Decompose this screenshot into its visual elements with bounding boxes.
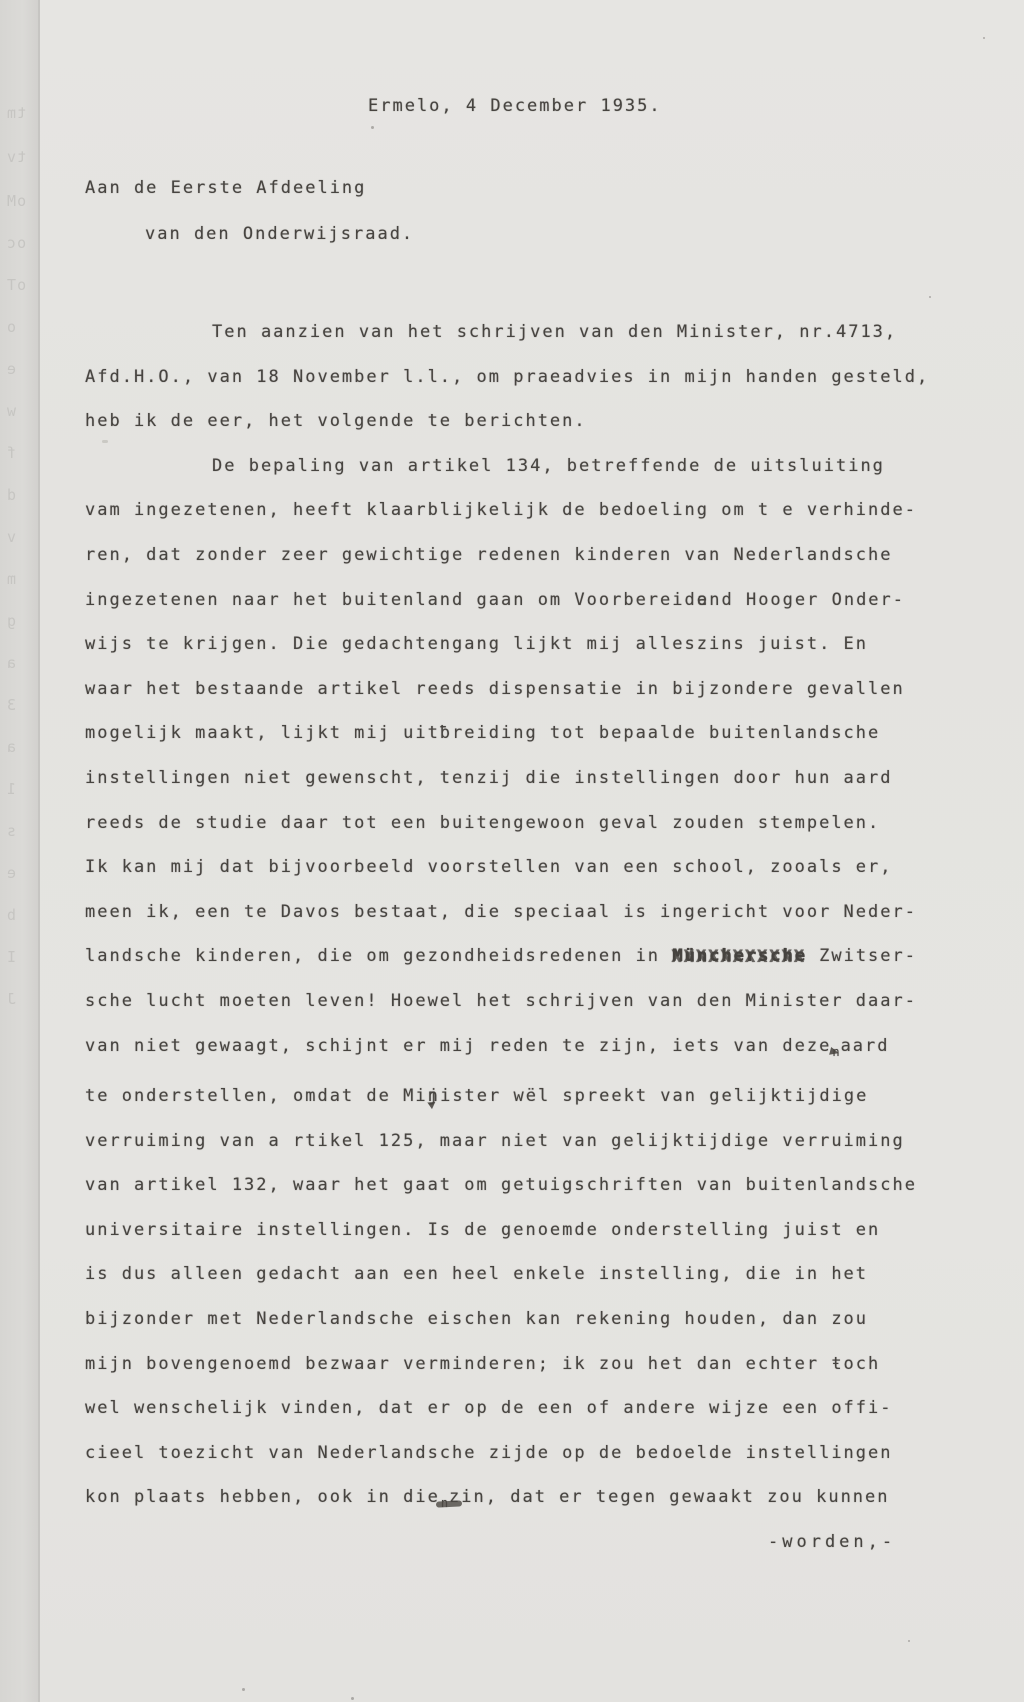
catchword: -worden,- bbox=[768, 1532, 896, 1552]
line-text: te onderstellen, omdat de Mi bbox=[85, 1086, 428, 1106]
addressee-line-2: van den Onderwijsraad. bbox=[145, 224, 414, 244]
line-text: Ik kan mij dat bijvoorbeeld voorstellen … bbox=[85, 857, 893, 877]
line-text: vam ingezetenen, heeft klaarblijkelijk d… bbox=[85, 500, 917, 520]
line-text: landsche kinderen, die om gezondheidsred… bbox=[85, 946, 672, 966]
line-text: heb ik de eer, het volgende te berichten… bbox=[85, 411, 587, 431]
line-text: van artikel 132, waar het gaat om getuig… bbox=[85, 1175, 917, 1195]
letter-line: meen ik, een te Davos bestaat, die speci… bbox=[85, 890, 965, 935]
overtype-correction: nj bbox=[428, 1074, 441, 1119]
struck-out-word: MüncherscheXXXXXXXXXXX bbox=[672, 934, 807, 979]
overstrike-xs: XXXXXXXXXXX bbox=[671, 935, 806, 980]
line-text: wijs te krijgen. Die gedachtengang lijkt… bbox=[85, 634, 868, 654]
handwritten-insertion: n bbox=[440, 1475, 449, 1526]
letter-line: instellingen niet gewenscht, tenzij die … bbox=[85, 756, 965, 801]
letter-line: De bepaling van artikel 134, betreffende… bbox=[85, 444, 965, 489]
letter-line: van niet gewaagt, schijnt er mij reden t… bbox=[85, 1024, 965, 1075]
line-text: mijn bovengenoemd bezwaar verminderen; i… bbox=[85, 1354, 880, 1374]
ink-dot bbox=[371, 126, 374, 129]
letter-line: vam ingezetenen, heeft klaarblijkelijk d… bbox=[85, 488, 965, 533]
scanned-letter-page: tmtvoMocoToewfdvmga3a1sebIJ Ermelo, 4 De… bbox=[0, 0, 1024, 1702]
letter-line: ren, dat zonder zeer gewichtige redenen … bbox=[85, 533, 965, 578]
letter-line: te onderstellen, omdat de Minjister wël … bbox=[85, 1074, 965, 1119]
letter-line: bijzonder met Nederlandsche eischen kan … bbox=[85, 1297, 965, 1342]
line-text: ren, dat zonder zeer gewichtige redenen … bbox=[85, 545, 893, 565]
handwritten-insertion: n bbox=[831, 1024, 840, 1075]
line-text: zin, dat er tegen gewaakt zou kunnen bbox=[449, 1487, 889, 1507]
line-text: sche lucht moeten leven! Hoewel het schr… bbox=[85, 991, 917, 1011]
line-text: De bepaling van artikel 134, betreffende… bbox=[212, 456, 885, 476]
letter-body: Ten aanzien van het schrijven van den Mi… bbox=[85, 310, 965, 1526]
letter-line: is dus alleen gedacht aan een heel enkel… bbox=[85, 1252, 965, 1297]
letter-line: verruiming van a rtikel 125, maar niet v… bbox=[85, 1119, 965, 1164]
line-text: Afd.H.O., van 18 November l.l., om praea… bbox=[85, 367, 929, 387]
letter-line: Ten aanzien van het schrijven van den Mi… bbox=[85, 310, 965, 355]
line-text: ingezetenen naar het buitenland gaan om … bbox=[85, 590, 697, 610]
letter-line: kon plaats hebben, ook in dienzin, dat e… bbox=[85, 1475, 965, 1526]
overtyped-char: a bbox=[697, 590, 709, 610]
letter-line: universitaire instellingen. Is de genoem… bbox=[85, 1208, 965, 1253]
letter-line: Afd.H.O., van 18 November l.l., om praea… bbox=[85, 355, 965, 400]
letter-line: heb ik de eer, het volgende te berichten… bbox=[85, 399, 965, 444]
line-text: instellingen niet gewenscht, tenzij die … bbox=[85, 768, 893, 788]
line-text: aard bbox=[841, 1036, 890, 1056]
line-text: is dus alleen gedacht aan een heel enkel… bbox=[85, 1264, 868, 1284]
line-text: cieel toezicht van Nederlandsche zijde o… bbox=[85, 1443, 893, 1463]
line-text: bijzonder met Nederlandsche eischen kan … bbox=[85, 1309, 868, 1329]
letter-content: Ermelo, 4 December 1935. Aan de Eerste A… bbox=[0, 0, 1024, 1702]
line-text: meen ik, een te Davos bestaat, die speci… bbox=[85, 902, 917, 922]
letter-line: landsche kinderen, die om gezondheidsred… bbox=[85, 934, 965, 979]
dateline: Ermelo, 4 December 1935. bbox=[368, 96, 662, 116]
letter-line: Ik kan mij dat bijvoorbeeld voorstellen … bbox=[85, 845, 965, 890]
line-text: van niet gewaagt, schijnt er mij reden t… bbox=[85, 1036, 831, 1056]
letter-line: sche lucht moeten leven! Hoewel het schr… bbox=[85, 979, 965, 1024]
paper-fleck bbox=[102, 440, 108, 443]
ink-dot bbox=[242, 1688, 245, 1691]
letter-line: wijs te krijgen. Die gedachtengang lijkt… bbox=[85, 622, 965, 667]
letter-line: wel wenschelijk vinden, dat er op de een… bbox=[85, 1386, 965, 1431]
letter-line: mijn bovengenoemd bezwaar verminderen; i… bbox=[85, 1342, 965, 1387]
line-text: kon plaats hebben, ook in die bbox=[85, 1487, 440, 1507]
letter-line: cieel toezicht van Nederlandsche zijde o… bbox=[85, 1431, 965, 1476]
ink-dot bbox=[983, 37, 985, 39]
line-text: Zwitser- bbox=[807, 946, 917, 966]
ink-dot bbox=[908, 1640, 910, 1642]
letter-line: reeds de studie daar tot een buitengewoo… bbox=[85, 801, 965, 846]
letter-line: mogelijk maakt, lijkt mij uitƀreiding to… bbox=[85, 711, 965, 756]
ink-dot bbox=[351, 1697, 354, 1700]
ink-dot bbox=[929, 296, 931, 298]
letter-line: ingezetenen naar het buitenland gaan om … bbox=[85, 578, 965, 623]
line-text: Ten aanzien van het schrijven van den Mi… bbox=[212, 322, 897, 342]
line-text: nd Hooger Onder- bbox=[709, 590, 905, 610]
line-text: verruiming van a rtikel 125, maar niet v… bbox=[85, 1131, 905, 1151]
letter-line: van artikel 132, waar het gaat om getuig… bbox=[85, 1163, 965, 1208]
addressee-line-1: Aan de Eerste Afdeeling bbox=[85, 178, 366, 198]
line-text: waar het bestaande artikel reeds dispens… bbox=[85, 679, 905, 699]
letter-line: waar het bestaande artikel reeds dispens… bbox=[85, 667, 965, 712]
line-text: ister wël spreekt van gelijktijdige bbox=[440, 1086, 868, 1106]
line-text: mogelijk maakt, lijkt mij uitƀreiding to… bbox=[85, 723, 880, 743]
line-text: reeds de studie daar tot een buitengewoo… bbox=[85, 813, 880, 833]
line-text: universitaire instellingen. Is de genoem… bbox=[85, 1220, 880, 1240]
line-text: wel wenschelijk vinden, dat er op de een… bbox=[85, 1398, 893, 1418]
